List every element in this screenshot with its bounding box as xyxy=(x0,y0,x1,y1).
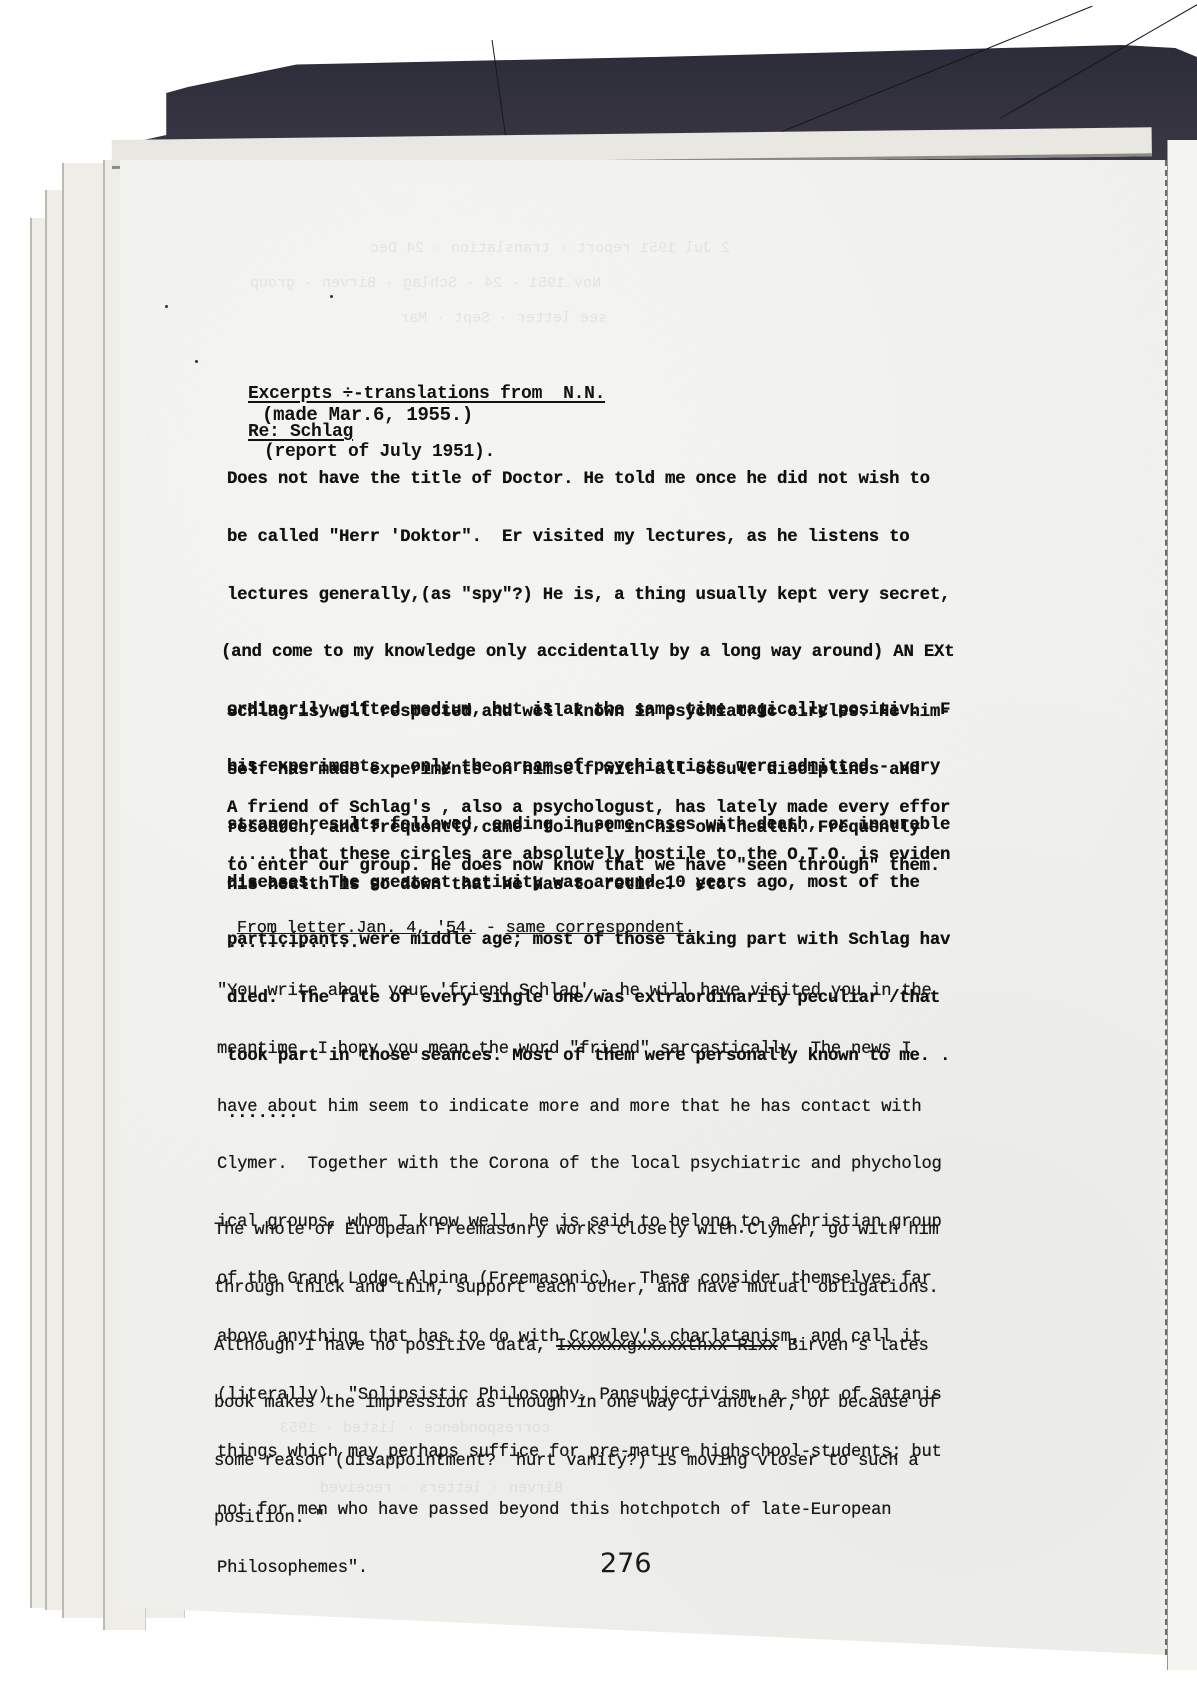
text-line: Clymer. Together with the Corona of the … xyxy=(217,1155,942,1174)
page-number: 276 xyxy=(600,1548,652,1579)
text-line: Although I have no positive data, Ixxxxx… xyxy=(214,1337,939,1356)
section2-heading: From letter.Jan. 4, '54. - same correspo… xyxy=(217,900,695,938)
text-after-strike: Birven's lates xyxy=(778,1337,929,1356)
text-line: position. " xyxy=(214,1509,939,1528)
text-line: The whole of European Freemasonry works … xyxy=(214,1221,939,1240)
text-line: "You write about your 'friend Schlag' - … xyxy=(217,982,942,1001)
text-line: ..... that these circles are absolutely … xyxy=(227,846,950,865)
text-line: Philosophemes". xyxy=(217,1559,942,1578)
text-before-strike: Although I have no positive data, xyxy=(214,1337,556,1356)
section2-paragraph2: The whole of European Freemasonry works … xyxy=(214,1183,939,1548)
struck-out-text: Ixxxxxxgxxxxxthxx Rixx xyxy=(556,1337,777,1356)
title-separator: - xyxy=(476,919,506,938)
text-line: (and come to my knowledge only accidenta… xyxy=(221,643,954,662)
paper-speck xyxy=(195,360,198,363)
text-line: Schlag is well respected and well known … xyxy=(227,703,950,722)
section1-closing: ..... that these circles are absolutely … xyxy=(227,808,950,885)
text-line: meantime. I hopy you mean the word "frie… xyxy=(217,1040,942,1059)
bleed-through: see letter · Sept · Mar xyxy=(400,310,607,327)
bleed-through: 2 Jul 1951 report · translation · 24 Dec xyxy=(370,240,730,257)
paper-speck xyxy=(740,1230,743,1233)
text-line: have about him seem to indicate more and… xyxy=(217,1098,942,1117)
text-line: be called "Herr 'Doktor". Er visited my … xyxy=(227,528,954,547)
section2-title: From letter.Jan. 4, '54. xyxy=(237,919,476,938)
paper-speck xyxy=(330,295,333,298)
section2-subtitle: same correspondent. xyxy=(506,919,695,938)
text-line: through thick and thin, support each oth… xyxy=(214,1279,939,1298)
bleed-through: Nov 1951 · 24 · Schlag · Birven · group xyxy=(250,275,601,292)
paper-speck xyxy=(480,865,483,868)
paper-speck xyxy=(165,305,168,308)
text-line: book makes the impression as though in o… xyxy=(214,1394,939,1413)
right-adjacent-sheet xyxy=(1167,140,1197,1670)
text-line: Does not have the title of Doctor. He to… xyxy=(227,470,954,489)
text-line: some reason (disappointment? hurt vanity… xyxy=(214,1452,939,1471)
section1-title: Excerpts ÷-translations from N.N. xyxy=(248,384,605,404)
text-line: lectures generally,(as "spy"?) He is, a … xyxy=(227,586,954,605)
